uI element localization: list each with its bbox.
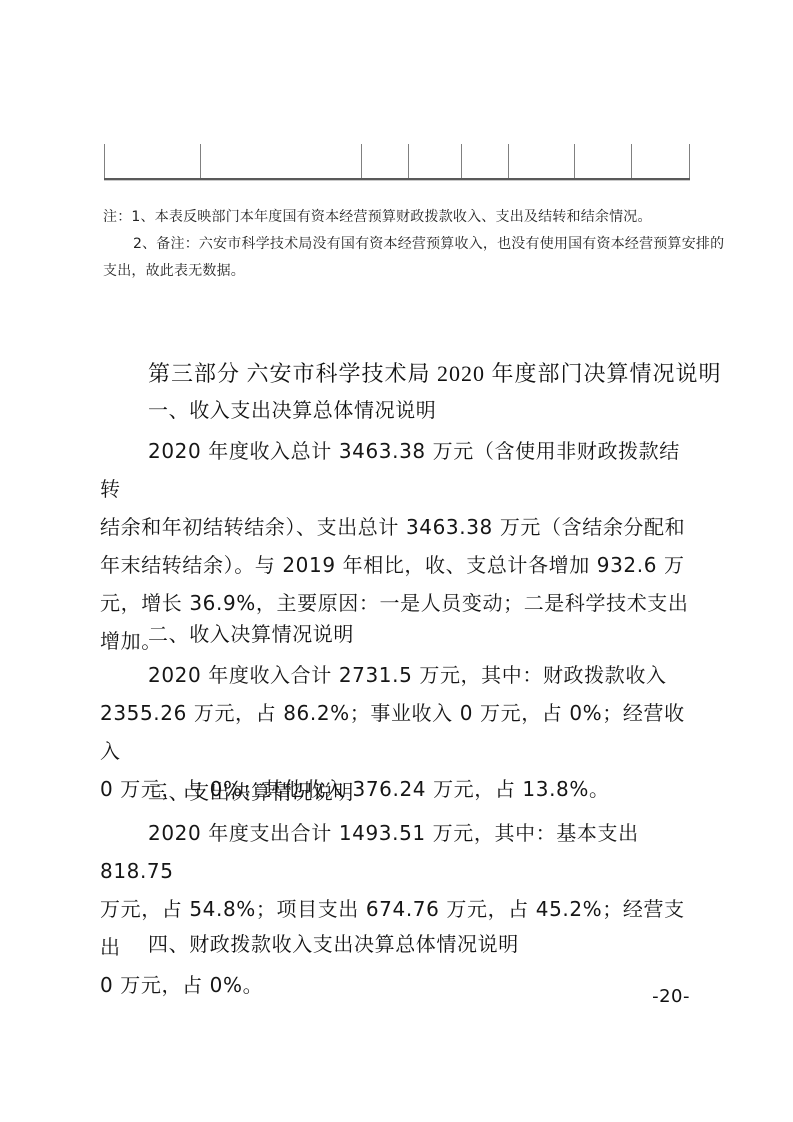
table-cell <box>574 144 631 178</box>
section3-title: 三、支出决算情况说明 <box>148 778 354 808</box>
table-cell <box>508 144 574 178</box>
table-cell <box>200 144 361 178</box>
page-number: -20- <box>100 986 690 1007</box>
table-cell <box>361 144 408 178</box>
table-note-line-1: 注：1、本表反映部门本年度国有资本经营预算财政拨款收入、支出及结转和结余情况。 <box>103 204 697 231</box>
table-note-line-2: 2、备注：六安市科学技术局没有国有资本经营预算收入，也没有使用国有资本经营预算安… <box>103 231 697 258</box>
table-cell <box>631 144 690 178</box>
document-page: 注：1、本表反映部门本年度国有资本经营预算财政拨款收入、支出及结转和结余情况。 … <box>0 0 793 1122</box>
table-cell <box>408 144 461 178</box>
part3-heading: 第三部分 六安市科学技术局 2020 年度部门决算情况说明 <box>148 358 722 390</box>
table-note-line-3: 支出，故此表无数据。 <box>103 258 697 285</box>
table-cell <box>104 144 200 178</box>
budget-table-fragment <box>104 144 690 180</box>
table-cell <box>461 144 508 178</box>
table-notes-block: 注：1、本表反映部门本年度国有资本经营预算财政拨款收入、支出及结转和结余情况。 … <box>103 204 697 285</box>
section2-title: 二、收入决算情况说明 <box>148 620 354 650</box>
section4-title: 四、财政拨款收入支出决算总体情况说明 <box>148 930 519 960</box>
section1-title: 一、收入支出决算总体情况说明 <box>148 396 436 426</box>
section3-paragraph: 2020 年度支出合计 1493.51 万元，其中：基本支出 818.75 万元… <box>100 814 694 1004</box>
